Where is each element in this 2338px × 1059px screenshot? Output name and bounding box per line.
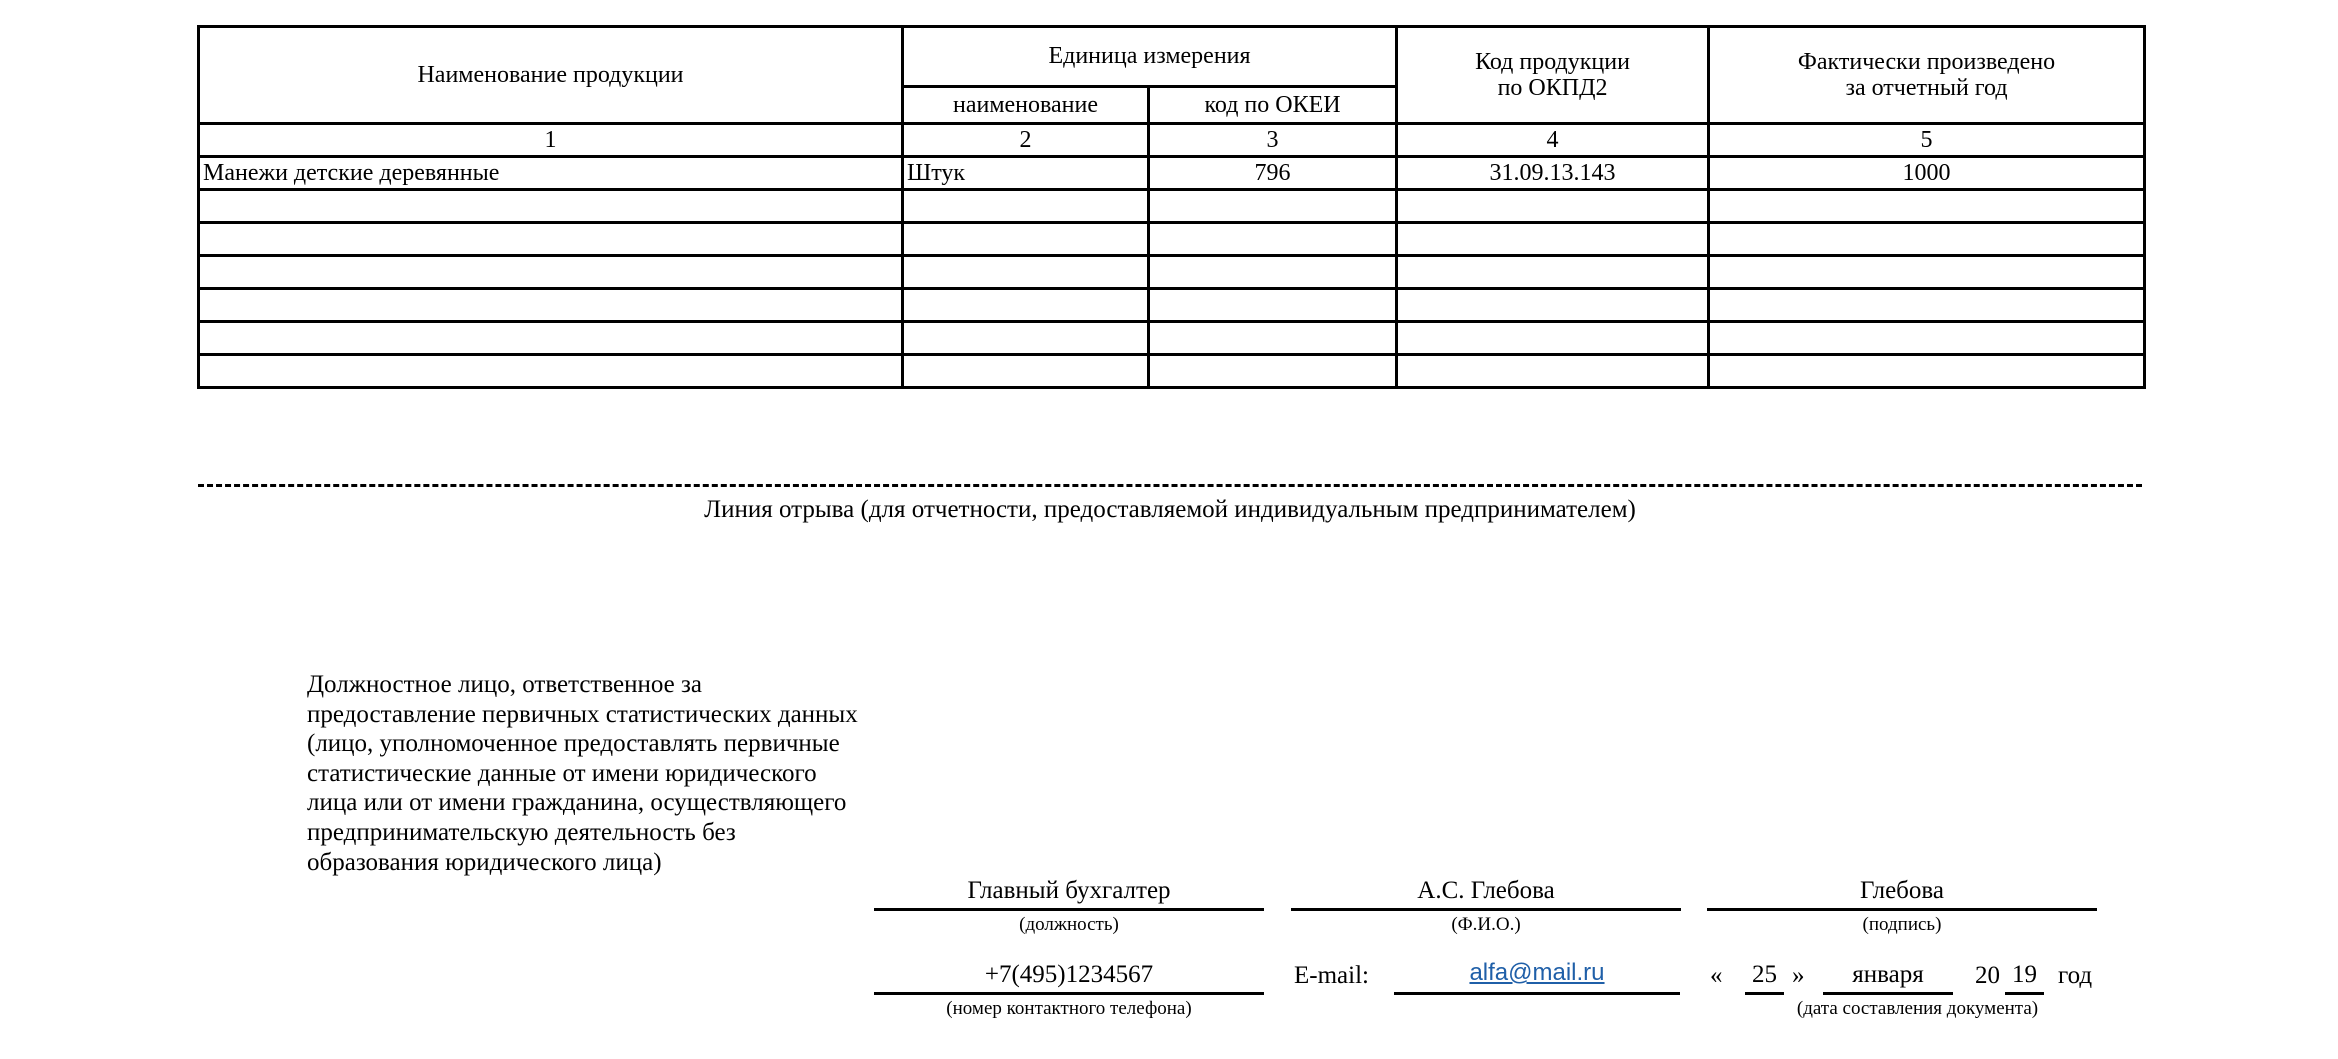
- table-row: [199, 256, 2145, 289]
- phone-field[interactable]: +7(495)1234567: [874, 960, 1264, 995]
- cell-produced[interactable]: [1709, 223, 2145, 256]
- date-close-quote: »: [1792, 961, 1805, 991]
- position-field[interactable]: Главный бухгалтер: [874, 876, 1264, 911]
- date-open-quote: «: [1710, 961, 1723, 991]
- cell-produced[interactable]: [1709, 322, 2145, 355]
- cell-unit-name[interactable]: [903, 355, 1149, 388]
- cell-unit-code[interactable]: [1149, 355, 1397, 388]
- date-day-field[interactable]: 25: [1745, 960, 1784, 995]
- cell-product-name[interactable]: [199, 355, 903, 388]
- cell-product-name[interactable]: Манежи детские деревянные: [199, 157, 903, 190]
- column-numbers-row: 1 2 3 4 5: [199, 124, 2145, 157]
- cell-produced[interactable]: [1709, 190, 2145, 223]
- cell-product-name[interactable]: [199, 256, 903, 289]
- date-month-field[interactable]: января: [1823, 960, 1953, 995]
- cell-unit-code[interactable]: [1149, 256, 1397, 289]
- cell-unit-code[interactable]: [1149, 289, 1397, 322]
- cell-unit-code[interactable]: [1149, 322, 1397, 355]
- cell-okpd2[interactable]: [1397, 256, 1709, 289]
- cell-unit-code[interactable]: [1149, 223, 1397, 256]
- header-okpd2: Код продукции по ОКПД2: [1397, 27, 1709, 124]
- signature-caption: (подпись): [1707, 914, 2097, 936]
- date-year-field[interactable]: 19: [2005, 960, 2044, 995]
- cell-unit-name[interactable]: Штук: [903, 157, 1149, 190]
- cell-okpd2[interactable]: [1397, 190, 1709, 223]
- header-unit-code: код по ОКЕИ: [1149, 87, 1397, 124]
- cell-product-name[interactable]: [199, 190, 903, 223]
- column-number: 3: [1149, 124, 1397, 157]
- header-produced: Фактически произведено за отчетный год: [1709, 27, 2145, 124]
- cell-unit-name[interactable]: [903, 322, 1149, 355]
- table-row: [199, 190, 2145, 223]
- cell-product-name[interactable]: [199, 322, 903, 355]
- full-name-field[interactable]: А.С. Глебова: [1291, 876, 1681, 911]
- cell-unit-name[interactable]: [903, 289, 1149, 322]
- date-caption: (дата составления документа): [1745, 998, 2090, 1020]
- email-field: alfa@mail.ru: [1394, 958, 1680, 995]
- table-row: [199, 289, 2145, 322]
- cell-produced[interactable]: [1709, 355, 2145, 388]
- table-row: [199, 322, 2145, 355]
- cell-unit-name[interactable]: [903, 223, 1149, 256]
- table-row: [199, 355, 2145, 388]
- cell-unit-name[interactable]: [903, 256, 1149, 289]
- cell-okpd2[interactable]: [1397, 322, 1709, 355]
- responsible-person-description: Должностное лицо, ответственное за предо…: [307, 670, 867, 877]
- cell-produced[interactable]: [1709, 256, 2145, 289]
- cell-unit-code[interactable]: [1149, 190, 1397, 223]
- table-row: [199, 223, 2145, 256]
- column-number: 5: [1709, 124, 2145, 157]
- email-label: E-mail:: [1294, 961, 1369, 991]
- date-year-prefix: 20: [1975, 961, 2000, 991]
- header-unit-group: Единица измерения: [903, 27, 1397, 87]
- cell-product-name[interactable]: [199, 289, 903, 322]
- cell-unit-name[interactable]: [903, 190, 1149, 223]
- cell-produced[interactable]: 1000: [1709, 157, 2145, 190]
- table-row: Манежи детские деревянные Штук 796 31.09…: [199, 157, 2145, 190]
- cell-product-name[interactable]: [199, 223, 903, 256]
- email-link[interactable]: alfa@mail.ru: [1469, 959, 1604, 986]
- cell-okpd2[interactable]: [1397, 355, 1709, 388]
- column-number: 2: [903, 124, 1149, 157]
- header-unit-name: наименование: [903, 87, 1149, 124]
- column-number: 4: [1397, 124, 1709, 157]
- cell-produced[interactable]: [1709, 289, 2145, 322]
- cell-okpd2[interactable]: [1397, 289, 1709, 322]
- cell-unit-code[interactable]: 796: [1149, 157, 1397, 190]
- full-name-caption: (Ф.И.О.): [1291, 914, 1681, 936]
- signature-field[interactable]: Глебова: [1707, 876, 2097, 911]
- header-product-name: Наименование продукции: [199, 27, 903, 124]
- cell-okpd2[interactable]: [1397, 223, 1709, 256]
- products-table: Наименование продукции Единица измерения…: [197, 25, 2146, 389]
- date-year-word: год: [2058, 961, 2092, 991]
- phone-caption: (номер контактного телефона): [874, 998, 1264, 1020]
- position-caption: (должность): [874, 914, 1264, 936]
- tear-line-label: Линия отрыва (для отчетности, предоставл…: [198, 496, 2142, 524]
- tear-line: [198, 484, 2142, 487]
- column-number: 1: [199, 124, 903, 157]
- cell-okpd2[interactable]: 31.09.13.143: [1397, 157, 1709, 190]
